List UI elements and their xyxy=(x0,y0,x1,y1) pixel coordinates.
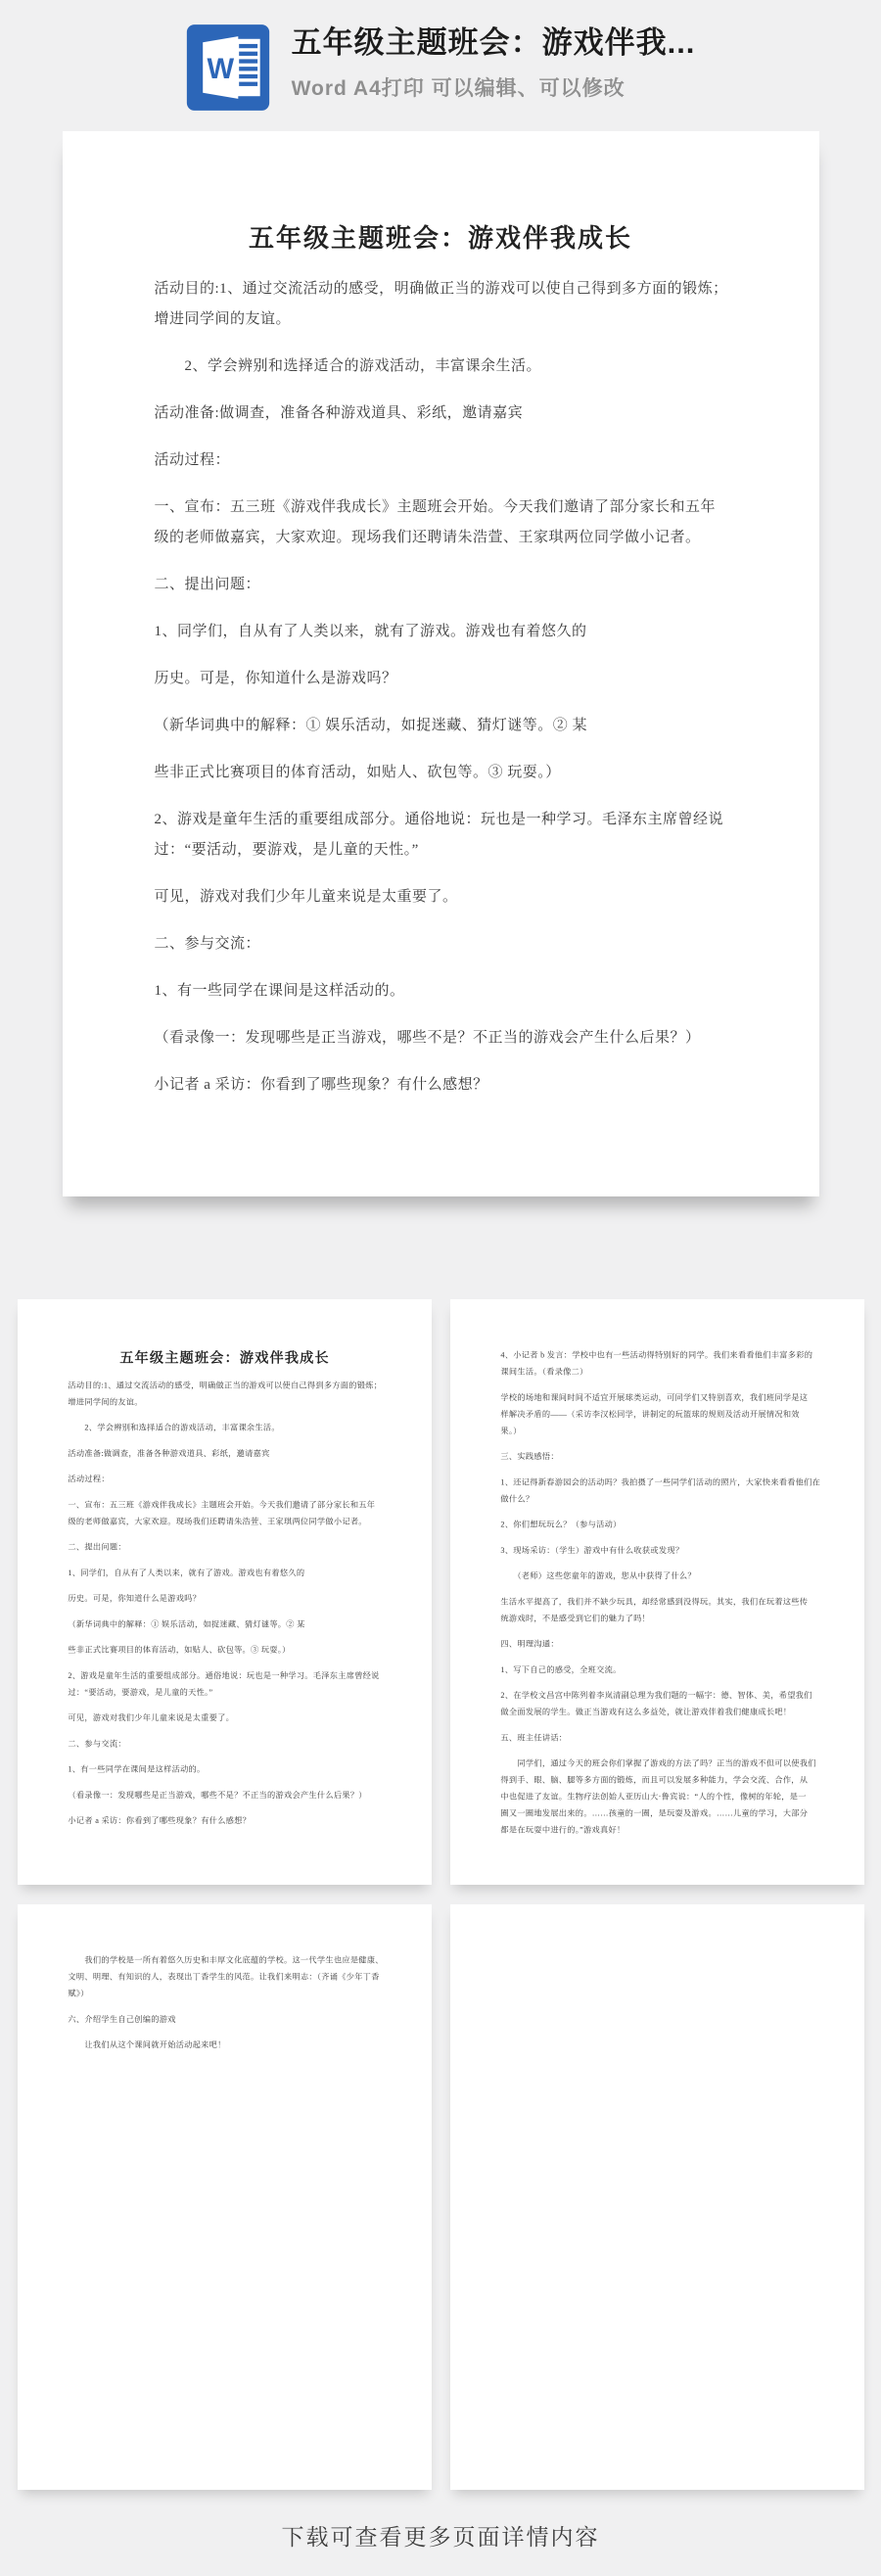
doc-line: 赋》） xyxy=(68,1986,381,2002)
thumbnail-page-4[interactable] xyxy=(450,1904,864,2490)
doc-line: （新华词典中的解释：① 娱乐活动，如捉迷藏、猜灯谜等。② 某 xyxy=(155,711,727,741)
doc-line: 统游戏时，不是感受到它们的魅力了吗！ xyxy=(500,1611,813,1627)
thumbnail-page-2[interactable]: 4、小记者 b 发言：学校中也有一些活动得特别好的同学。我们来看看他们丰富多彩的… xyxy=(450,1299,864,1885)
doc-line: 增进同学间的友谊。 xyxy=(68,1394,381,1411)
doc-line: 五、班主任讲话： xyxy=(500,1730,813,1747)
doc-line: 活动过程： xyxy=(68,1472,381,1488)
paragraph: 五、班主任讲话： xyxy=(500,1730,813,1747)
doc-line: 些非正式比赛项目的体育活动，如贴人、砍包等。③ 玩耍。） xyxy=(68,1642,381,1659)
svg-text:W: W xyxy=(207,54,234,85)
thumbnail-page-3[interactable]: 我们的学校是一所有着悠久历史和丰厚文化底蕴的学校。这一代学生也应是健康、文明、明… xyxy=(18,1904,432,2490)
doc-line: 1、还记得新春游园会的活动吗？我拍摄了一些同学们活动的照片，大家快来看看他们在 xyxy=(500,1475,813,1491)
paragraph: 一、宣布：五三班《游戏伴我成长》主题班会开始。今天我们邀请了部分家长和五年级的老… xyxy=(68,1497,381,1530)
paragraph: 学校的场地和课间时间不适宜开展球类运动，可同学们又特别喜欢，我们班同学是这样解决… xyxy=(500,1389,813,1439)
doc-line: 可见，游戏对我们少年儿童来说是太重要了。 xyxy=(155,882,727,913)
paragraph: 些非正式比赛项目的体育活动，如贴人、砍包等。③ 玩耍。） xyxy=(155,758,727,788)
header-title: 五年级主题班会：游戏伴我... xyxy=(292,23,696,63)
paragraph: 一、宣布：五三班《游戏伴我成长》主题班会开始。今天我们邀请了部分家长和五年级的老… xyxy=(155,492,727,553)
header-text: 五年级主题班会：游戏伴我... Word A4打印 可以编辑、可以修改 xyxy=(292,23,696,102)
paragraph: 些非正式比赛项目的体育活动，如贴人、砍包等。③ 玩耍。） xyxy=(68,1642,381,1659)
doc-line: 样解决矛盾的——（采访李汉松同学，讲制定的玩篮球的规则及活动开展情况和效 xyxy=(500,1406,813,1423)
paragraph: 二、提出问题： xyxy=(68,1539,381,1556)
paragraph: 3、现场采访：（学生）游戏中有什么收获或发现？ xyxy=(500,1542,813,1559)
paragraph: 1、有一些同学在课间是这样活动的。 xyxy=(68,1761,381,1778)
paragraph: 2、在学校文昌宫中陈列着李岚清副总理为我们题的一幅字：德、智体、美，希望我们做全… xyxy=(500,1688,813,1721)
document-title: 五年级主题班会：游戏伴我成长 xyxy=(68,1347,381,1369)
paragraph: 2、游戏是童年生活的重要组成部分。通俗地说：玩也是一种学习。毛泽东主席曾经说过：… xyxy=(68,1667,381,1701)
paragraph: 小记者 a 采访：你看到了哪些现象？有什么感想？ xyxy=(155,1070,727,1101)
doc-line: 一、宣布：五三班《游戏伴我成长》主题班会开始。今天我们邀请了部分家长和五年 xyxy=(68,1497,381,1514)
paragraph: 可见，游戏对我们少年儿童来说是太重要了。 xyxy=(68,1710,381,1727)
thumbnail-page-2-content: 4、小记者 b 发言：学校中也有一些活动得特别好的同学。我们来看看他们丰富多彩的… xyxy=(450,1299,864,1885)
header-subtitle: Word A4打印 可以编辑、可以修改 xyxy=(292,72,696,102)
paragraph: 三、实践感悟： xyxy=(500,1449,813,1466)
doc-line: 1、同学们，自从有了人类以来，就有了游戏。游戏也有着悠久的 xyxy=(155,617,727,647)
doc-line: 圈又一圈地发展出来的。……孩童的一圈，是玩耍及游戏。……儿童的学习，大部分 xyxy=(500,1805,813,1822)
paragraph: 活动目的:1、通过交流活动的感受，明确做正当的游戏可以使自己得到多方面的锻炼；增… xyxy=(68,1378,381,1411)
doc-line: 做全面发展的学生。做正当游戏有这么多益处，就让游戏伴着我们健康成长吧！ xyxy=(500,1705,813,1721)
paragraph: 2、你们想玩玩么？（参与活动） xyxy=(500,1517,813,1533)
doc-line: 2、学会辨别和选择适合的游戏活动，丰富课余生活。 xyxy=(68,1420,381,1436)
doc-line: 过：“要活动，要游戏，是儿童的天性。” xyxy=(155,835,727,866)
document-page-preview[interactable]: 五年级主题班会：游戏伴我成长活动目的:1、通过交流活动的感受，明确做正当的游戏可… xyxy=(63,131,819,1196)
doc-line: 2、你们想玩玩么？（参与活动） xyxy=(500,1517,813,1533)
doc-line: 文明、明理、有知识的人，表现出丁香学生的风范。让我们来明志：（齐诵《少年丁香 xyxy=(68,1969,381,1986)
paragraph: 同学们，通过今天的班会你们掌握了游戏的方法了吗？正当的游戏不但可以使我们得到手、… xyxy=(500,1756,813,1839)
doc-line: 2、游戏是童年生活的重要组成部分。通俗地说：玩也是一种学习。毛泽东主席曾经说 xyxy=(155,805,727,835)
doc-line: 同学们，通过今天的班会你们掌握了游戏的方法了吗？正当的游戏不但可以使我们 xyxy=(500,1756,813,1772)
paragraph: 1、同学们，自从有了人类以来，就有了游戏。游戏也有着悠久的 xyxy=(155,617,727,647)
doc-line: 小记者 a 采访：你看到了哪些现象？有什么感想？ xyxy=(68,1813,381,1830)
paragraph: （新华词典中的解释：① 娱乐活动，如捉迷藏、猜灯谜等。② 某 xyxy=(68,1616,381,1633)
doc-line: 1、有一些同学在课间是这样活动的。 xyxy=(68,1761,381,1778)
doc-line: 四、明理沟通： xyxy=(500,1636,813,1653)
paragraph: 2、学会辨别和选择适合的游戏活动，丰富课余生活。 xyxy=(155,351,727,382)
paragraph: 小记者 a 采访：你看到了哪些现象？有什么感想？ xyxy=(68,1813,381,1830)
paragraph: 二、参与交流： xyxy=(68,1736,381,1753)
doc-line: 我们的学校是一所有着悠久历史和丰厚文化底蕴的学校。这一代学生也应是健康、 xyxy=(68,1952,381,1969)
doc-line: （看录像一：发现哪些是正当游戏，哪些不是？不正当的游戏会产生什么后果？） xyxy=(68,1787,381,1803)
paragraph: 让我们从这个课间就开始活动起来吧！ xyxy=(68,2037,381,2054)
doc-line: 过：“要活动，要游戏，是儿童的天性。” xyxy=(68,1684,381,1701)
paragraph: 我们的学校是一所有着悠久历史和丰厚文化底蕴的学校。这一代学生也应是健康、文明、明… xyxy=(68,1952,381,2002)
paragraph: （看录像一：发现哪些是正当游戏，哪些不是？不正当的游戏会产生什么后果？） xyxy=(155,1023,727,1054)
paragraph: 2、学会辨别和选择适合的游戏活动，丰富课余生活。 xyxy=(68,1420,381,1436)
doc-line: 活动准备:做调查，准备各种游戏道具、彩纸，邀请嘉宾 xyxy=(155,398,727,429)
paragraph: 活动目的:1、通过交流活动的感受，明确做正当的游戏可以使自己得到多方面的锻炼；增… xyxy=(155,274,727,335)
paragraph: （老师）这些您童年的游戏，您从中获得了什么？ xyxy=(500,1569,813,1585)
doc-line: 一、宣布：五三班《游戏伴我成长》主题班会开始。今天我们邀请了部分家长和五年 xyxy=(155,492,727,523)
paragraph: 活动准备:做调查，准备各种游戏道具、彩纸，邀请嘉宾 xyxy=(155,398,727,429)
paragraph: 活动准备:做调查，准备各种游戏道具、彩纸，邀请嘉宾 xyxy=(68,1445,381,1462)
doc-line: 2、游戏是童年生活的重要组成部分。通俗地说：玩也是一种学习。毛泽东主席曾经说 xyxy=(68,1667,381,1684)
doc-line: 果。） xyxy=(500,1423,813,1439)
doc-line: 活动目的:1、通过交流活动的感受，明确做正当的游戏可以使自己得到多方面的锻炼； xyxy=(155,274,727,304)
doc-line: 历史。可是，你知道什么是游戏吗？ xyxy=(68,1591,381,1608)
doc-line: 六、介绍学生自己创编的游戏 xyxy=(68,2011,381,2028)
doc-line: 二、提出问题： xyxy=(155,570,727,600)
paragraph: 六、介绍学生自己创编的游戏 xyxy=(68,2011,381,2028)
doc-line: 让我们从这个课间就开始活动起来吧！ xyxy=(68,2037,381,2054)
paragraph: 1、同学们，自从有了人类以来，就有了游戏。游戏也有着悠久的 xyxy=(68,1565,381,1581)
doc-line: 小记者 a 采访：你看到了哪些现象？有什么感想？ xyxy=(155,1070,727,1101)
paragraph: （看录像一：发现哪些是正当游戏，哪些不是？不正当的游戏会产生什么后果？） xyxy=(68,1787,381,1803)
paragraph: 1、有一些同学在课间是这样活动的。 xyxy=(155,976,727,1007)
doc-line: 得到手、眼、脑、腿等多方面的锻炼，而且可以发展多种能力，学会交流、合作，从 xyxy=(500,1772,813,1789)
doc-line: 1、写下自己的感受，全班交流。 xyxy=(500,1662,813,1678)
doc-line: 级的老师做嘉宾，大家欢迎。现场我们还聘请朱浩萱、王家琪两位同学做小记者。 xyxy=(68,1514,381,1530)
doc-line: （看录像一：发现哪些是正当游戏，哪些不是？不正当的游戏会产生什么后果？） xyxy=(155,1023,727,1054)
doc-line: 三、实践感悟： xyxy=(500,1449,813,1466)
paragraph: 4、小记者 b 发言：学校中也有一些活动得特别好的同学。我们来看看他们丰富多彩的… xyxy=(500,1347,813,1381)
doc-line: 学校的场地和课间时间不适宜开展球类运动，可同学们又特别喜欢，我们班同学是这 xyxy=(500,1389,813,1406)
thumbnail-page-1-content: 五年级主题班会：游戏伴我成长活动目的:1、通过交流活动的感受，明确做正当的游戏可… xyxy=(18,1299,432,1885)
paragraph: 二、参与交流： xyxy=(155,929,727,960)
doc-line: 二、提出问题： xyxy=(68,1539,381,1556)
doc-line: 生活水平提高了，我们并不缺少玩具，却经常感到没得玩。其实，我们在玩着这些传 xyxy=(500,1594,813,1611)
doc-line: （新华词典中的解释：① 娱乐活动，如捉迷藏、猜灯谜等。② 某 xyxy=(68,1616,381,1633)
doc-line: 3、现场采访：（学生）游戏中有什么收获或发现？ xyxy=(500,1542,813,1559)
doc-line: 2、学会辨别和选择适合的游戏活动，丰富课余生活。 xyxy=(155,351,727,382)
paragraph: 可见，游戏对我们少年儿童来说是太重要了。 xyxy=(155,882,727,913)
doc-line: 历史。可是，你知道什么是游戏吗？ xyxy=(155,664,727,694)
doc-line: 级的老师做嘉宾，大家欢迎。现场我们还聘请朱浩萱、王家琪两位同学做小记者。 xyxy=(155,523,727,553)
document-title: 五年级主题班会：游戏伴我成长 xyxy=(155,219,727,258)
doc-line: 二、参与交流： xyxy=(68,1736,381,1753)
doc-line: 1、有一些同学在课间是这样活动的。 xyxy=(155,976,727,1007)
paragraph: 1、写下自己的感受，全班交流。 xyxy=(500,1662,813,1678)
doc-line: 都是在玩耍中进行的。”游戏真好！ xyxy=(500,1822,813,1839)
doc-line: 4、小记者 b 发言：学校中也有一些活动得特别好的同学。我们来看看他们丰富多彩的 xyxy=(500,1347,813,1364)
doc-line: 二、参与交流： xyxy=(155,929,727,960)
doc-line: 活动目的:1、通过交流活动的感受，明确做正当的游戏可以使自己得到多方面的锻炼； xyxy=(68,1378,381,1394)
doc-line: 课间生活。（看录像二） xyxy=(500,1364,813,1381)
paragraph: 生活水平提高了，我们并不缺少玩具，却经常感到没得玩。其实，我们在玩着这些传统游戏… xyxy=(500,1594,813,1627)
paragraph: 历史。可是，你知道什么是游戏吗？ xyxy=(155,664,727,694)
doc-line: 活动准备:做调查，准备各种游戏道具、彩纸，邀请嘉宾 xyxy=(68,1445,381,1462)
doc-line: （老师）这些您童年的游戏，您从中获得了什么？ xyxy=(500,1569,813,1585)
doc-line: 1、同学们，自从有了人类以来，就有了游戏。游戏也有着悠久的 xyxy=(68,1565,381,1581)
doc-line: 2、在学校文昌宫中陈列着李岚清副总理为我们题的一幅字：德、智体、美，希望我们 xyxy=(500,1688,813,1705)
word-file-icon: W xyxy=(186,23,270,112)
paragraph: 2、游戏是童年生活的重要组成部分。通俗地说：玩也是一种学习。毛泽东主席曾经说过：… xyxy=(155,805,727,866)
paragraph: 二、提出问题： xyxy=(155,570,727,600)
paragraph: 四、明理沟通： xyxy=(500,1636,813,1653)
paragraph: 活动过程： xyxy=(68,1472,381,1488)
thumbnail-grid: 五年级主题班会：游戏伴我成长活动目的:1、通过交流活动的感受，明确做正当的游戏可… xyxy=(18,1299,864,2490)
paragraph: 历史。可是，你知道什么是游戏吗？ xyxy=(68,1591,381,1608)
doc-line: 活动过程： xyxy=(155,445,727,476)
doc-line: 中也促进了友谊。生物疗法创始人亚历山大·鲁宾说：“人的个性，像树的年轮，是一 xyxy=(500,1789,813,1805)
doc-line: 可见，游戏对我们少年儿童来说是太重要了。 xyxy=(68,1710,381,1727)
header: W 五年级主题班会：游戏伴我... Word A4打印 可以编辑、可以修改 xyxy=(0,0,881,112)
paragraph: （新华词典中的解释：① 娱乐活动，如捉迷藏、猜灯谜等。② 某 xyxy=(155,711,727,741)
thumbnail-page-1[interactable]: 五年级主题班会：游戏伴我成长活动目的:1、通过交流活动的感受，明确做正当的游戏可… xyxy=(18,1299,432,1885)
doc-line: 做什么？ xyxy=(500,1491,813,1508)
paragraph: 活动过程： xyxy=(155,445,727,476)
thumbnail-page-3-content: 我们的学校是一所有着悠久历史和丰厚文化底蕴的学校。这一代学生也应是健康、文明、明… xyxy=(18,1904,432,2490)
footer-caption: 下载可查看更多页面详情内容 xyxy=(0,2519,881,2552)
doc-line: 些非正式比赛项目的体育活动，如贴人、砍包等。③ 玩耍。） xyxy=(155,758,727,788)
doc-line: 增进同学间的友谊。 xyxy=(155,304,727,335)
paragraph: 1、还记得新春游园会的活动吗？我拍摄了一些同学们活动的照片，大家快来看看他们在做… xyxy=(500,1475,813,1508)
thumbnail-page-4-content xyxy=(450,1904,864,2490)
